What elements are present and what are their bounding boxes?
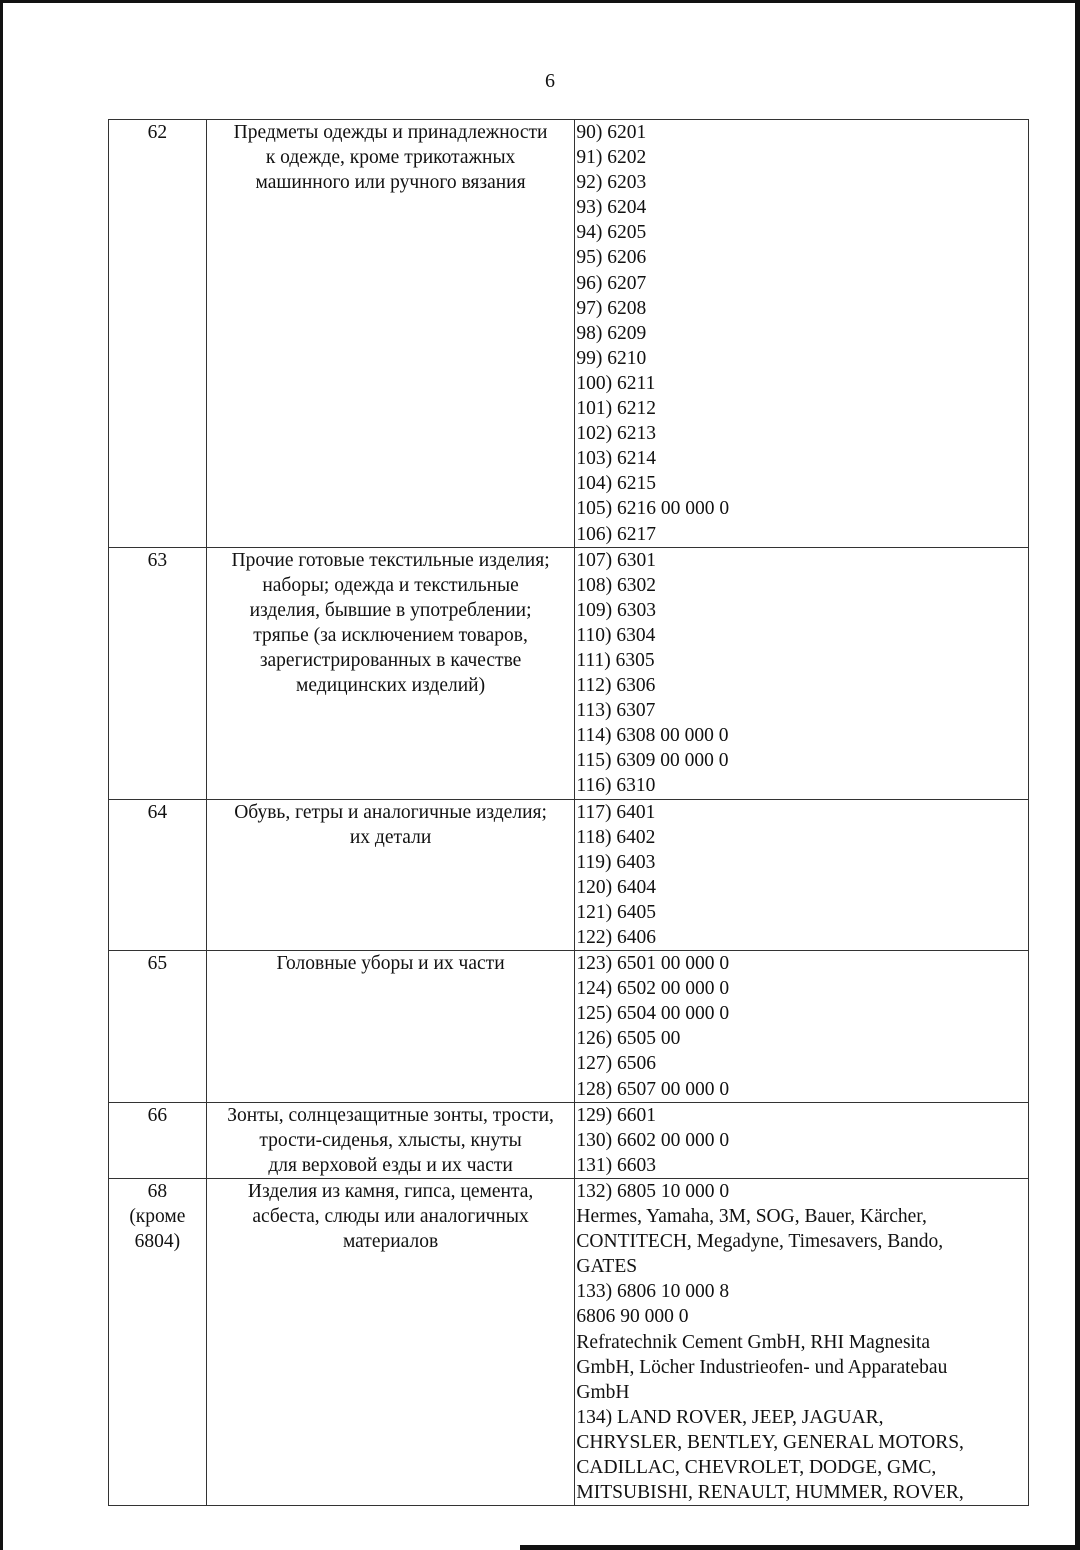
- tnved-codes-cell-line: GmbH, Löcher Industrieofen- und Apparate…: [576, 1355, 1028, 1380]
- tnved-codes-cell-line: 129) 6601: [576, 1103, 1028, 1128]
- tnved-codes-cell-line: 106) 6217: [576, 522, 1028, 547]
- tnved-codes-cell-line: 110) 6304: [576, 623, 1028, 648]
- description-cell-line: Прочие готовые текстильные изделия;: [207, 548, 575, 573]
- description-cell: Обувь, гетры и аналогичные изделия;их де…: [206, 799, 575, 951]
- description-cell-line: зарегистрированных в качестве: [207, 648, 575, 673]
- tnved-codes-cell-line: 107) 6301: [576, 548, 1028, 573]
- tnved-codes-cell-line: 122) 6406: [576, 925, 1028, 950]
- tnved-codes-cell-line: 104) 6215: [576, 471, 1028, 496]
- group-code-cell-line: 6804): [109, 1229, 206, 1254]
- group-code-cell-line: 68: [109, 1179, 206, 1204]
- tnved-codes-cell-line: 120) 6404: [576, 875, 1028, 900]
- tnved-codes-cell: 117) 6401118) 6402119) 6403120) 6404121)…: [575, 799, 1029, 951]
- tnved-codes-cell: 132) 6805 10 000 0Hermes, Yamaha, 3M, SO…: [575, 1178, 1029, 1505]
- tnved-codes-cell-line: 6806 90 000 0: [576, 1304, 1028, 1329]
- tnved-codes-cell-line: 123) 6501 00 000 0: [576, 951, 1028, 976]
- tnved-codes-cell-line: 121) 6405: [576, 900, 1028, 925]
- tnved-codes-cell-line: 134) LAND ROVER, JEEP, JAGUAR,: [576, 1405, 1028, 1430]
- description-cell-line: трости-сиденья, хлысты, кнуты: [207, 1128, 575, 1153]
- tnved-codes-cell-line: 93) 6204: [576, 195, 1028, 220]
- description-cell-line: асбеста, слюды или аналогичных: [207, 1204, 575, 1229]
- tnved-codes-cell-line: 133) 6806 10 000 8: [576, 1279, 1028, 1304]
- tnved-codes-cell-line: CHRYSLER, BENTLEY, GENERAL MOTORS,: [576, 1430, 1028, 1455]
- group-code-cell-line: 65: [109, 951, 206, 976]
- description-cell-line: Предметы одежды и принадлежности: [207, 120, 575, 145]
- table-row: 68(кроме6804)Изделия из камня, гипса, це…: [109, 1178, 1029, 1505]
- tnved-codes-cell-line: 105) 6216 00 000 0: [576, 496, 1028, 521]
- description-cell-line: их детали: [207, 825, 575, 850]
- tnved-codes-cell-line: 132) 6805 10 000 0: [576, 1179, 1028, 1204]
- tnved-codes-cell-line: 116) 6310: [576, 773, 1028, 798]
- table-row: 65Головные уборы и их части123) 6501 00 …: [109, 951, 1029, 1103]
- tnved-codes-cell-line: 96) 6207: [576, 271, 1028, 296]
- description-cell: Головные уборы и их части: [206, 951, 575, 1103]
- tnved-codes-cell-line: 119) 6403: [576, 850, 1028, 875]
- description-cell-line: Изделия из камня, гипса, цемента,: [207, 1179, 575, 1204]
- tnved-codes-cell-line: 111) 6305: [576, 648, 1028, 673]
- description-cell: Зонты, солнцезащитные зонты, трости,трос…: [206, 1102, 575, 1178]
- tnved-codes-cell-line: CADILLAC, CHEVROLET, DODGE, GMC,: [576, 1455, 1028, 1480]
- description-cell-line: медицинских изделий): [207, 673, 575, 698]
- scan-border-left: [0, 0, 3, 1550]
- description-cell-line: Обувь, гетры и аналогичные изделия;: [207, 800, 575, 825]
- group-code-cell-line: (кроме: [109, 1204, 206, 1229]
- tnved-codes-cell-line: MITSUBISHI, RENAULT, HUMMER, ROVER,: [576, 1480, 1028, 1505]
- tnved-codes-cell-line: Refratechnik Cement GmbH, RHI Magnesita: [576, 1330, 1028, 1355]
- tnved-codes-cell: 90) 620191) 620292) 620393) 620494) 6205…: [575, 120, 1029, 548]
- tnved-codes-cell-line: 125) 6504 00 000 0: [576, 1001, 1028, 1026]
- scan-border-top: [0, 0, 1080, 3]
- scan-border-bottom: [520, 1545, 1080, 1550]
- group-code-cell: 63: [109, 547, 207, 799]
- description-cell: Изделия из камня, гипса, цемента,асбеста…: [206, 1178, 575, 1505]
- description-cell-line: для верховой езды и их части: [207, 1153, 575, 1178]
- tnved-codes-cell-line: GmbH: [576, 1380, 1028, 1405]
- group-code-cell-line: 64: [109, 800, 206, 825]
- table-row: 63Прочие готовые текстильные изделия;наб…: [109, 547, 1029, 799]
- tnved-codes-cell-line: 109) 6303: [576, 598, 1028, 623]
- tnved-codes-cell-line: GATES: [576, 1254, 1028, 1279]
- scan-border-right: [1075, 0, 1080, 1550]
- tnved-codes-cell-line: 94) 6205: [576, 220, 1028, 245]
- tnved-codes-cell: 129) 6601130) 6602 00 000 0131) 6603: [575, 1102, 1029, 1178]
- tnved-codes-cell-line: 97) 6208: [576, 296, 1028, 321]
- group-code-cell-line: 62: [109, 120, 206, 145]
- tnved-codes-cell-line: CONTITECH, Megadyne, Timesavers, Bando,: [576, 1229, 1028, 1254]
- tnved-codes-cell-line: 103) 6214: [576, 446, 1028, 471]
- tnved-codes-cell-line: 92) 6203: [576, 170, 1028, 195]
- description-cell-line: тряпье (за исключением товаров,: [207, 623, 575, 648]
- table-row: 64Обувь, гетры и аналогичные изделия;их …: [109, 799, 1029, 951]
- description-cell-line: наборы; одежда и текстильные: [207, 573, 575, 598]
- group-code-cell-line: 63: [109, 548, 206, 573]
- tnved-codes-cell-line: 118) 6402: [576, 825, 1028, 850]
- tnved-codes-cell: 107) 6301108) 6302109) 6303110) 6304111)…: [575, 547, 1029, 799]
- table-row: 66Зонты, солнцезащитные зонты, трости,тр…: [109, 1102, 1029, 1178]
- tnved-codes-cell-line: 90) 6201: [576, 120, 1028, 145]
- description-cell-line: машинного или ручного вязания: [207, 170, 575, 195]
- tnved-codes-cell-line: 100) 6211: [576, 371, 1028, 396]
- description-cell-line: Головные уборы и их части: [207, 951, 575, 976]
- group-code-cell: 65: [109, 951, 207, 1103]
- tnved-codes-cell-line: 117) 6401: [576, 800, 1028, 825]
- tnved-codes-cell-line: 95) 6206: [576, 245, 1028, 270]
- tnved-codes-cell: 123) 6501 00 000 0124) 6502 00 000 0125)…: [575, 951, 1029, 1103]
- tnved-codes-cell-line: 126) 6505 00: [576, 1026, 1028, 1051]
- group-code-cell: 64: [109, 799, 207, 951]
- tnved-codes-cell-line: 102) 6213: [576, 421, 1028, 446]
- tnved-codes-cell-line: Hermes, Yamaha, 3M, SOG, Bauer, Kärcher,: [576, 1204, 1028, 1229]
- group-code-cell: 66: [109, 1102, 207, 1178]
- group-code-cell: 68(кроме6804): [109, 1178, 207, 1505]
- tnved-codes-cell-line: 112) 6306: [576, 673, 1028, 698]
- tnved-codes-cell-line: 114) 6308 00 000 0: [576, 723, 1028, 748]
- tnved-codes-cell-line: 99) 6210: [576, 346, 1028, 371]
- tnved-codes-cell-line: 124) 6502 00 000 0: [576, 976, 1028, 1001]
- group-code-cell: 62: [109, 120, 207, 548]
- description-cell: Предметы одежды и принадлежностик одежде…: [206, 120, 575, 548]
- description-cell-line: изделия, бывшие в употреблении;: [207, 598, 575, 623]
- description-cell-line: к одежде, кроме трикотажных: [207, 145, 575, 170]
- tnved-codes-cell-line: 127) 6506: [576, 1051, 1028, 1076]
- description-cell: Прочие готовые текстильные изделия;набор…: [206, 547, 575, 799]
- group-code-cell-line: 66: [109, 1103, 206, 1128]
- tnved-codes-cell-line: 101) 6212: [576, 396, 1028, 421]
- tnved-codes-cell-line: 98) 6209: [576, 321, 1028, 346]
- table-body: 62Предметы одежды и принадлежностик одеж…: [109, 120, 1029, 1506]
- tnved-codes-cell-line: 115) 6309 00 000 0: [576, 748, 1028, 773]
- tnved-codes-cell-line: 113) 6307: [576, 698, 1028, 723]
- description-cell-line: Зонты, солнцезащитные зонты, трости,: [207, 1103, 575, 1128]
- tnved-codes-cell-line: 131) 6603: [576, 1153, 1028, 1178]
- tnved-codes-cell-line: 130) 6602 00 000 0: [576, 1128, 1028, 1153]
- goods-table: 62Предметы одежды и принадлежностик одеж…: [108, 119, 1029, 1506]
- tnved-codes-cell-line: 128) 6507 00 000 0: [576, 1077, 1028, 1102]
- tnved-codes-cell-line: 108) 6302: [576, 573, 1028, 598]
- tnved-codes-cell-line: 91) 6202: [576, 145, 1028, 170]
- page-number: 6: [540, 70, 560, 93]
- table-row: 62Предметы одежды и принадлежностик одеж…: [109, 120, 1029, 548]
- description-cell-line: материалов: [207, 1229, 575, 1254]
